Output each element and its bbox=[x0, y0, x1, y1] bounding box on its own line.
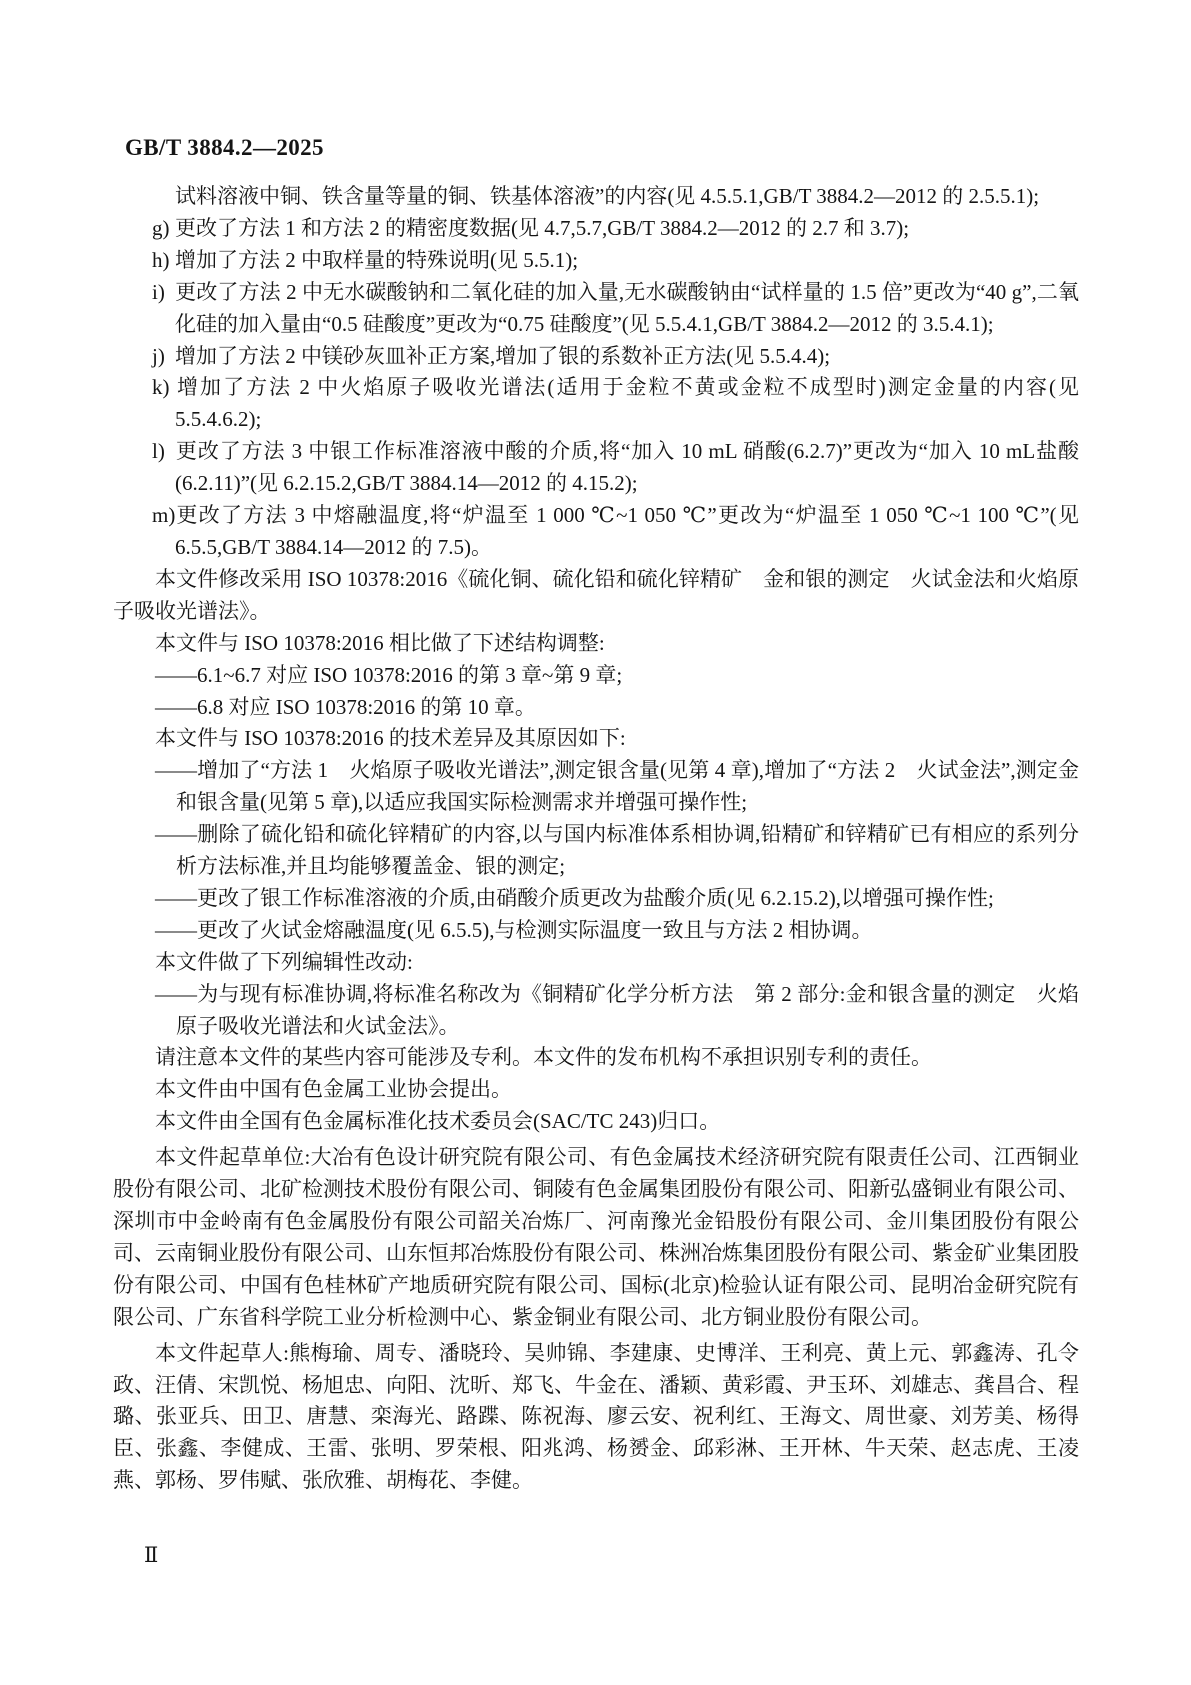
paragraph-drafters: 本文件起草人:熊梅瑜、周专、潘晓玲、吴帅锦、李建康、史博洋、王利亮、黄上元、郭鑫… bbox=[113, 1338, 1079, 1498]
item-label: k) bbox=[152, 372, 175, 404]
dash-item-difference-2: ——删除了硫化铅和硫化锌精矿的内容,以与国内标准体系相协调,铅精矿和锌精矿已有相… bbox=[113, 819, 1079, 883]
dash-item-structure-2: ——6.8 对应 ISO 10378:2016 的第 10 章。 bbox=[113, 692, 1079, 724]
item-label: h) bbox=[152, 245, 175, 277]
item-label: i) bbox=[152, 277, 175, 309]
item-text: 增加了方法 2 中取样量的特殊说明(见 5.5.1); bbox=[175, 248, 578, 272]
dash-item-difference-3: ——更改了银工作标准溶液的介质,由硝酸介质更改为盐酸介质(见 6.2.15.2)… bbox=[113, 883, 1079, 915]
amendment-item-g: g)更改了方法 1 和方法 2 的精密度数据(见 4.7,5.7,GB/T 38… bbox=[113, 213, 1079, 245]
paragraph-proposed-by: 本文件由中国有色金属工业协会提出。 bbox=[113, 1074, 1079, 1106]
amendment-item-h: h)增加了方法 2 中取样量的特殊说明(见 5.5.1); bbox=[113, 245, 1079, 277]
item-text: 更改了方法 3 中熔融温度,将“炉温至 1 000 ℃~1 050 ℃”更改为“… bbox=[175, 503, 1079, 559]
page-header: GB/T 3884.2—2025 bbox=[125, 135, 324, 161]
amendment-item-i: i)更改了方法 2 中无水碳酸钠和二氧化硅的加入量,无水碳酸钠由“试样量的 1.… bbox=[113, 277, 1079, 341]
item-text: 更改了方法 3 中银工作标准溶液中酸的介质,将“加入 10 mL 硝酸(6.2.… bbox=[175, 439, 1079, 495]
amendment-item-l: l)更改了方法 3 中银工作标准溶液中酸的介质,将“加入 10 mL 硝酸(6.… bbox=[113, 436, 1079, 500]
clause-continuation: 试料溶液中铜、铁含量等量的铜、铁基体溶液”的内容(见 4.5.5.1,GB/T … bbox=[113, 181, 1079, 213]
dash-item-editorial-1: ——为与现有标准协调,将标准名称改为《铜精矿化学分析方法 第 2 部分:金和银含… bbox=[113, 979, 1079, 1043]
amendment-item-m: m)更改了方法 3 中熔融温度,将“炉温至 1 000 ℃~1 050 ℃”更改… bbox=[113, 500, 1079, 564]
item-label: j) bbox=[152, 341, 175, 373]
item-text: 更改了方法 2 中无水碳酸钠和二氧化硅的加入量,无水碳酸钠由“试样量的 1.5 … bbox=[175, 280, 1079, 336]
item-label: l) bbox=[152, 436, 175, 468]
item-label: m) bbox=[152, 500, 175, 532]
paragraph-editorial-changes: 本文件做了下列编辑性改动: bbox=[113, 947, 1079, 979]
dash-item-difference-4: ——更改了火试金熔融温度(见 6.5.5),与检测实际温度一致且与方法 2 相协… bbox=[113, 915, 1079, 947]
paragraph-drafting-organizations: 本文件起草单位:大冶有色设计研究院有限公司、有色金属技术经济研究院有限责任公司、… bbox=[113, 1142, 1079, 1333]
foreword-body: 试料溶液中铜、铁含量等量的铜、铁基体溶液”的内容(见 4.5.5.1,GB/T … bbox=[113, 181, 1079, 1497]
dash-item-difference-1: ——增加了“方法 1 火焰原子吸收光谱法”,测定银含量(见第 4 章),增加了“… bbox=[113, 755, 1079, 819]
amendment-item-k: k)增加了方法 2 中火焰原子吸收光谱法(适用于金粒不黄或金粒不成型时)测定金量… bbox=[113, 372, 1079, 436]
item-label: g) bbox=[152, 213, 175, 245]
paragraph-structure-adjustments: 本文件与 ISO 10378:2016 相比做了下述结构调整: bbox=[113, 628, 1079, 660]
item-text: 增加了方法 2 中镁砂灰皿补正方案,增加了银的系数补正方法(见 5.5.4.4)… bbox=[175, 344, 830, 368]
paragraph-centralized-by: 本文件由全国有色金属标准化技术委员会(SAC/TC 243)归口。 bbox=[113, 1106, 1079, 1138]
amendment-item-j: j)增加了方法 2 中镁砂灰皿补正方案,增加了银的系数补正方法(见 5.5.4.… bbox=[113, 341, 1079, 373]
paragraph-technical-differences: 本文件与 ISO 10378:2016 的技术差异及其原因如下: bbox=[113, 723, 1079, 755]
dash-item-structure-1: ——6.1~6.7 对应 ISO 10378:2016 的第 3 章~第 9 章… bbox=[113, 660, 1079, 692]
paragraph-iso-adoption: 本文件修改采用 ISO 10378:2016《硫化铜、硫化铅和硫化锌精矿 金和银… bbox=[113, 564, 1079, 628]
item-text: 增加了方法 2 中火焰原子吸收光谱法(适用于金粒不黄或金粒不成型时)测定金量的内… bbox=[175, 375, 1079, 431]
item-text: 更改了方法 1 和方法 2 的精密度数据(见 4.7,5.7,GB/T 3884… bbox=[175, 216, 909, 240]
document-page: GB/T 3884.2—2025 试料溶液中铜、铁含量等量的铜、铁基体溶液”的内… bbox=[0, 0, 1191, 1685]
standard-number: GB/T 3884.2—2025 bbox=[125, 135, 324, 160]
paragraph-patent-notice: 请注意本文件的某些内容可能涉及专利。本文件的发布机构不承担识别专利的责任。 bbox=[113, 1042, 1079, 1074]
page-number: Ⅱ bbox=[144, 1543, 158, 1568]
